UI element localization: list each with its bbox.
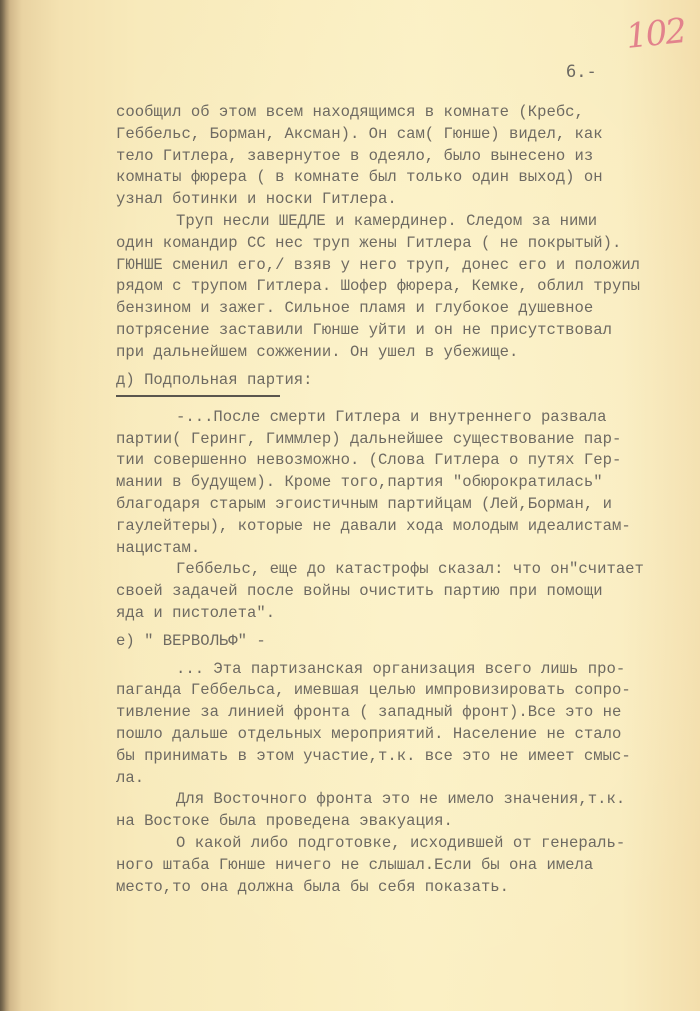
text-line: один командир СС нес труп жены Гитлера (… [116,233,700,255]
text-line: -...После смерти Гитлера и внутреннего р… [116,407,700,429]
text-line: Труп несли ШЕДЛЕ и камердинер. Следом за… [116,211,700,233]
text-line: потрясение заставили Гюнше уйти и он не … [116,320,700,342]
text-line: ного штаба Гюнше ничего не слышал.Если б… [116,855,700,877]
text-line: паганда Геббельса, имевшая целью импрови… [116,680,700,702]
section-werwolf: е) " ВЕРВОЛЬФ" - ... Эта партизанская ор… [116,631,700,899]
text-line: бы принимать в этом участие,т.к. все это… [116,746,700,768]
text-line: тело Гитлера, завернутое в одеяло, было … [116,146,700,168]
section-heading: д) Подпольная партия: [116,370,313,392]
text-line: ла. [116,768,700,790]
section-underground-party: д) Подпольная партия: -...После смерти Г… [116,370,700,625]
text-line: ... Эта партизанская организация всего л… [116,659,700,681]
text-line: ГЮНШЕ сменил его,/ взяв у него труп, дон… [116,255,700,277]
text-line: Для Восточного фронта это не имело значе… [116,789,700,811]
text-line: на Востоке была проведена эвакуация. [116,811,700,833]
text-line: мании в будущем). Кроме того,партия "обю… [116,472,700,494]
text-line: тивление за линией фронта ( западный фро… [116,702,700,724]
archive-page-number-handwritten: 102 [624,11,687,57]
text-line: яда и пистолета". [116,603,700,625]
text-line: комнаты фюрера ( в комнате был только од… [116,167,700,189]
paragraph-continuation: сообщил об этом всем находящимся в комна… [116,102,700,211]
section-heading: е) " ВЕРВОЛЬФ" - [116,631,700,653]
text-line: сообщил об этом всем находящимся в комна… [116,102,700,124]
text-line: гаулейтеры), которые не давали хода моло… [116,516,700,538]
document-body: сообщил об этом всем находящимся в комна… [116,102,700,898]
text-line: Геббельс, Борман, Аксман). Он сам( Гюнше… [116,124,700,146]
typed-page-number: 6.- [566,62,597,82]
text-line: узнал ботинки и носки Гитлера. [116,189,700,211]
text-line: О какой либо подготовке, исходившей от г… [116,833,700,855]
document-page: 102 6.- сообщил об этом всем находящимся… [0,0,700,1011]
text-line: при дальнейшем сожжении. Он ушел в убежи… [116,342,700,364]
text-line: пошло дальше отдельных мероприятий. Насе… [116,724,700,746]
text-line: нацистам. [116,538,700,560]
text-line: Геббельс, еще до катастрофы сказал: что … [116,559,700,581]
text-line: место,то она должна была бы себя показат… [116,877,700,899]
text-line: своей задачей после войны очистить парти… [116,581,700,603]
heading-underline [116,395,280,397]
text-line: рядом с трупом Гитлера. Шофер фюрера, Ке… [116,276,700,298]
text-line: партии( Геринг, Гиммлер) дальнейшее суще… [116,429,700,451]
text-line: бензином и зажег. Сильное пламя и глубок… [116,298,700,320]
text-line: тии совершенно невозможно. (Слова Гитлер… [116,450,700,472]
text-line: благодаря старым эгоистичным партийцам (… [116,494,700,516]
paragraph-corpse-burning: Труп несли ШЕДЛЕ и камердинер. Следом за… [116,211,700,364]
